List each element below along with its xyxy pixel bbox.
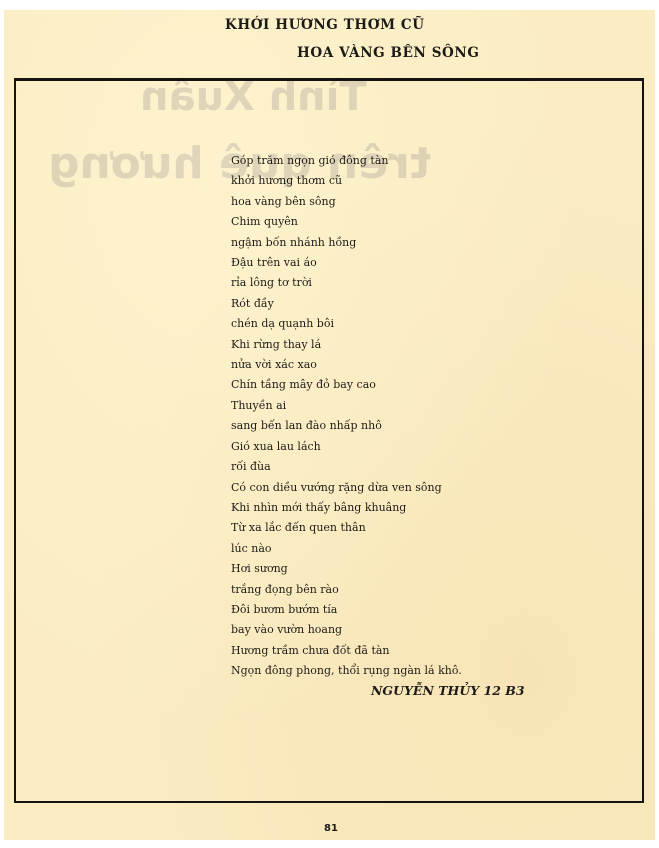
poem-line: Hơi sương	[231, 559, 462, 579]
poem-line: chén dạ quạnh bôi	[231, 314, 462, 334]
poem-line: Có con diều vướng rặng dừa ven sông	[231, 478, 462, 498]
poem-line: Đậu trên vai áo	[231, 253, 462, 273]
poem-line: Ngọn đông phong, thổi rụng ngàn lá khô.	[231, 661, 462, 681]
poem-line: bay vào vườn hoang	[231, 620, 462, 640]
poem-line: Đôi bươm bướm tía	[231, 600, 462, 620]
poem-line: Thuyền ai	[231, 396, 462, 416]
author-signature: NGUYỄN THỦY 12 B3	[371, 683, 525, 698]
poem-line: Hương trầm chưa đốt đã tàn	[231, 641, 462, 661]
poem-line: Chín tầng mây đỏ bay cao	[231, 375, 462, 395]
poem-line: Khi nhìn mới thấy bâng khuâng	[231, 498, 462, 518]
poem-line: ngậm bốn nhánh hồng	[231, 233, 462, 253]
poem-line: Từ xa lắc đến quen thân	[231, 518, 462, 538]
poem-line: rối đùa	[231, 457, 462, 477]
poem-body: Góp trăm ngọn gió đông tànkhởi hương thơ…	[231, 151, 462, 682]
poem-line: Chim quyên	[231, 212, 462, 232]
poem-line: trắng đọng bên rào	[231, 580, 462, 600]
poem-line: nửa vời xác xao	[231, 355, 462, 375]
poem-line: Góp trăm ngọn gió đông tàn	[231, 151, 462, 171]
poem-title-line-2: HOA VÀNG BÊN SÔNG	[297, 45, 479, 61]
poem-line: hoa vàng bên sông	[231, 192, 462, 212]
poem-title-line-1: KHỚI HƯƠNG THƠM CŨ	[225, 17, 425, 33]
poem-line: Gió xua lau lách	[231, 437, 462, 457]
poem-line: Rót đầy	[231, 294, 462, 314]
page-number: 81	[324, 823, 338, 834]
poem-line: lúc nào	[231, 539, 462, 559]
poem-line: rỉa lông tơ trời	[231, 273, 462, 293]
poem-line: khởi hương thơm cũ	[231, 171, 462, 191]
poem-line: Khi rừng thay lá	[231, 335, 462, 355]
poem-line: sang bến lan đào nhấp nhô	[231, 416, 462, 436]
